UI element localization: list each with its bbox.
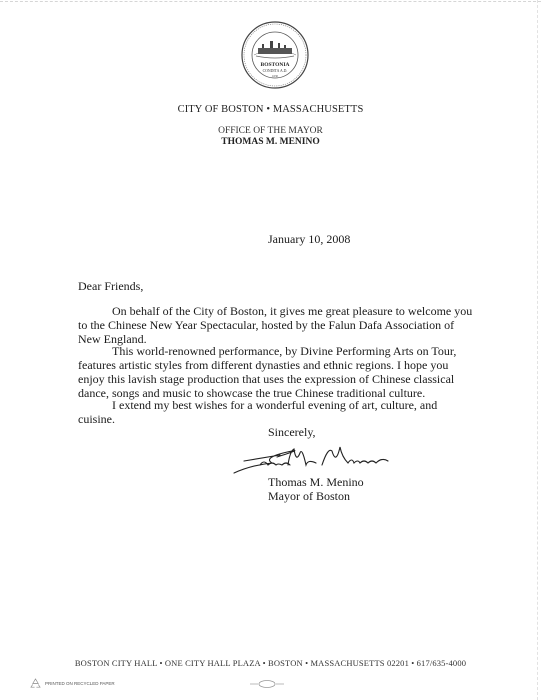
recycled-notice: PRINTED ON RECYCLED PAPER xyxy=(30,678,115,689)
signature-icon xyxy=(232,443,392,477)
svg-text:BOSTONIA: BOSTONIA xyxy=(261,62,290,68)
recycle-icon xyxy=(30,678,41,689)
letterhead-office: OFFICE OF THE MAYOR xyxy=(0,126,541,136)
signer-title: Mayor of Boston xyxy=(268,489,350,504)
body-paragraph: This world-renowned performance, by Divi… xyxy=(78,344,476,400)
salutation: Dear Friends, xyxy=(78,279,143,294)
closing: Sincerely, xyxy=(268,425,316,440)
letterhead-mayor-name: THOMAS M. MENINO xyxy=(0,137,541,147)
signer-name: Thomas M. Menino xyxy=(268,475,364,490)
recycled-label: PRINTED ON RECYCLED PAPER xyxy=(45,681,115,686)
body-paragraph: I extend my best wishes for a wonderful … xyxy=(78,398,476,426)
body-paragraph: On behalf of the City of Boston, it give… xyxy=(78,304,476,346)
footer-address: BOSTON CITY HALL • ONE CITY HALL PLAZA •… xyxy=(0,658,541,668)
scan-edge-top xyxy=(0,1,541,2)
svg-text:CONDITA A.D.: CONDITA A.D. xyxy=(263,69,288,73)
letter-date: January 10, 2008 xyxy=(268,232,350,247)
union-label-icon xyxy=(250,680,284,688)
city-seal-icon: BOSTONIA CONDITA A.D. 1630 xyxy=(240,20,310,90)
letterhead-city: CITY OF BOSTON • MASSACHUSETTS xyxy=(0,104,541,115)
svg-text:1630: 1630 xyxy=(272,74,279,78)
